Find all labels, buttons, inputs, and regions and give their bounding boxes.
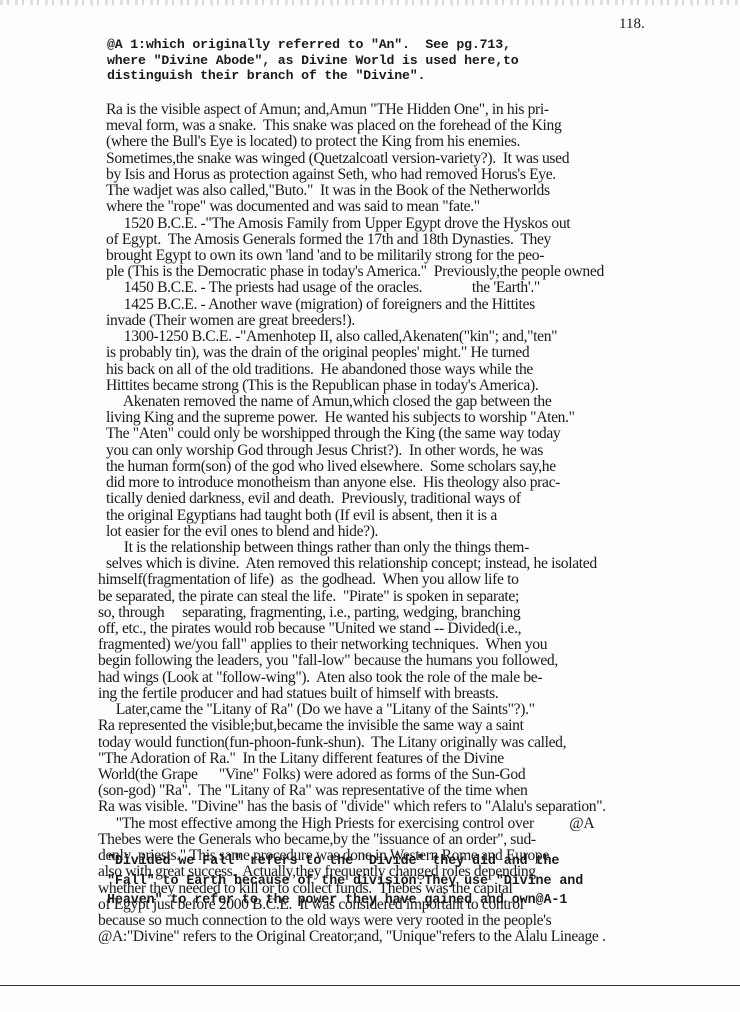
footer-note-line: "Fall" to Earth because of the division.… — [107, 874, 583, 889]
body-line: @A:"Divine" refers to the Original Creat… — [98, 928, 606, 946]
document-page: 118. @A 1:which originally referred to "… — [0, 0, 740, 1012]
header-note-line: @A 1:which originally referred to "An". … — [107, 37, 511, 52]
page-number: 118. — [619, 16, 645, 33]
page-bottom-rule — [0, 985, 740, 986]
footer-note-line: "Divided we Fall" refers to the "Divide"… — [107, 854, 559, 869]
scan-edge-noise — [0, 0, 740, 5]
header-note-line: distinguish their branch of the "Divine"… — [107, 68, 425, 83]
footer-note-line: Heaven" to refer to the power they have … — [107, 893, 567, 908]
header-note-line: where "Divine Abode", as Divine World is… — [107, 53, 518, 68]
